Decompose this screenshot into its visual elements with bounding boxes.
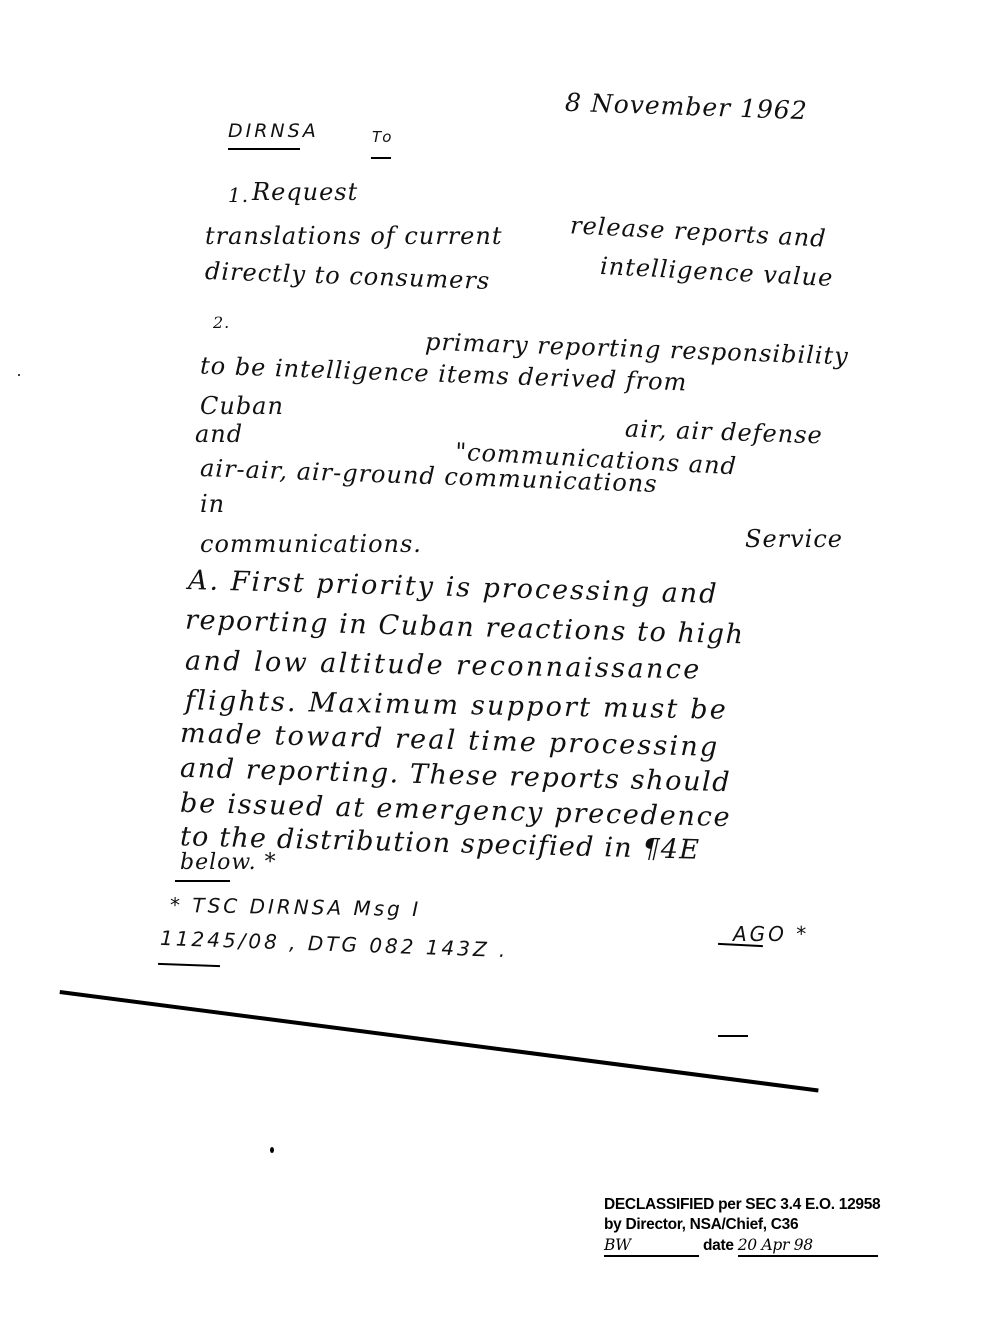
paraA-line: reporting in Cuban reactions to high [185,605,745,651]
paraA-end-rule [175,880,230,882]
para2-line: and [195,420,243,448]
memo-date: 8 November 1962 [565,88,809,125]
footnote-line: * TSC DIRNSA Msg I [170,893,421,921]
declass-date-label: date [703,1237,734,1254]
declass-line1: DECLASSIFIED per SEC 3.4 E.O. 12958 [604,1195,880,1215]
memo-to: To [372,128,395,146]
para2-line: in [200,490,225,518]
to-underline [371,157,391,159]
para2-line: air, air defense [625,415,824,450]
para2-line: communications. [200,530,422,558]
declass-line2: by Director, NSA/Chief, C36 [604,1215,880,1235]
para1-line: release reports and [569,211,827,252]
memo-from: DIRNSA [228,120,319,142]
paraA-line: and low altitude reconnaissance [185,645,702,685]
para2-line: Service [745,525,843,553]
scan-speck [18,374,20,376]
paraA-line: below. * [180,850,277,875]
footnote-line: 11245/08 , DTG 082 143Z . [160,926,509,962]
scan-speck [718,1035,748,1037]
para2-number: 2. [213,313,230,332]
para1-number: 1. [228,183,249,207]
footnote-underline [158,963,220,967]
para1-line: translations of current [205,222,502,250]
declass-date-value: 20 Apr 98 [738,1235,878,1257]
declassification-stamp: DECLASSIFIED per SEC 3.4 E.O. 12958 by D… [604,1195,880,1257]
para2-line: Cuban [200,392,284,420]
para1-line: directly to consumers [205,257,491,295]
from-underline [228,148,300,150]
para1-line: Request [252,178,358,206]
scan-speck [270,1147,274,1153]
paraA-line: A. First priority is processing and [188,565,719,610]
declass-signature: BW [604,1235,699,1257]
para1-line: intelligence value [599,252,834,292]
footnote-initials: AGO * [733,922,809,946]
closing-rule [59,990,818,1092]
